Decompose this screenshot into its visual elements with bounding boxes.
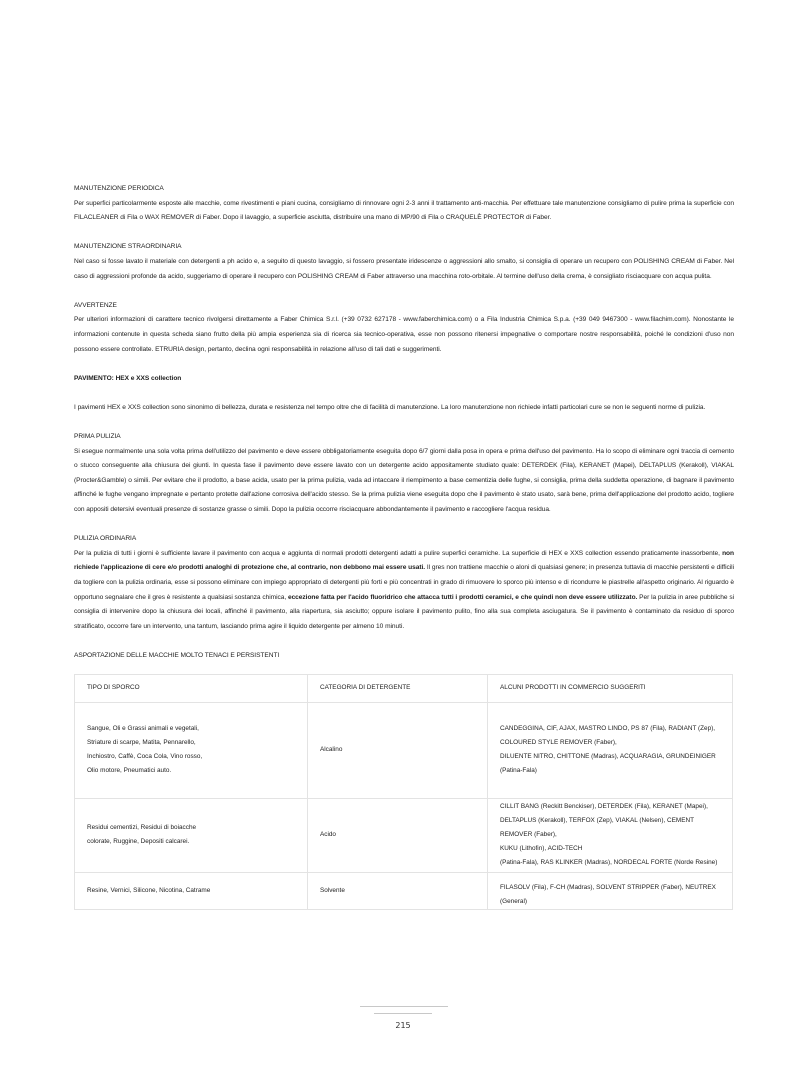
section-heading: AVVERTENZE: [74, 299, 734, 314]
header-prodotti: ALCUNI PRODOTTI IN COMMERCIO SUGGERITI: [488, 674, 733, 702]
section-paragraph: I pavimenti HEX e XXS collection sono si…: [74, 401, 734, 416]
cell-line: Sangue, Oli e Grassi animali e vegetali,: [87, 722, 295, 736]
cell-line: DELTAPLUS (Kerakoll), TERFOX (Zep), VIAK…: [500, 814, 720, 842]
section-avvertenze: AVVERTENZE Per ulteriori informazioni di…: [74, 299, 734, 357]
cell-prodotti: CANDEGGINA, CIF, AJAX, MASTRO LINDO, PS …: [488, 702, 733, 798]
cell-line: Residui cementizi, Residui di boiacche: [87, 821, 295, 835]
cell-categoria: Alcalino: [308, 702, 488, 798]
cell-line: DILUENTE NITRO, CHITTONE (Madras), ACQUA…: [500, 750, 720, 778]
cell-prodotti: FILASOLV (Fila), F-CH (Madras), SOLVENT …: [488, 872, 733, 909]
cell-line: CILLIT BANG (Reckitt Benckiser), DETERDE…: [500, 800, 720, 814]
section-paragraph: Nel caso si fosse lavato il materiale co…: [74, 255, 734, 284]
cell-prodotti: CILLIT BANG (Reckitt Benckiser), DETERDE…: [488, 798, 733, 872]
cell-tipo-di-sporco: Resine, Vernici, Silicone, Nicotina, Cat…: [75, 872, 308, 909]
section-paragraph: Si esegue normalmente una sola volta pri…: [74, 445, 734, 518]
section-manutenzione-straordinaria: MANUTENZIONE STRAORDINARIA Nel caso si f…: [74, 240, 734, 284]
cell-line: KUKU (Lithofin), ACID-TECH: [500, 842, 720, 856]
section-pulizia-ordinaria: PULIZIA ORDINARIA Per la pulizia di tutt…: [74, 532, 734, 634]
cell-line: (Patina-Fala), RAS KLINKER (Madras), NOR…: [500, 856, 720, 870]
section-manutenzione-periodica: MANUTENZIONE PERIODICA Per superfici par…: [74, 182, 734, 226]
cell-line: CANDEGGINA, CIF, AJAX, MASTRO LINDO, PS …: [500, 722, 720, 736]
section-heading: MANUTENZIONE STRAORDINARIA: [74, 240, 734, 255]
header-tipo-di-sporco: TIPO DI SPORCO: [75, 674, 308, 702]
section-pavimento: PAVIMENTO: HEX e XXS collection I pavime…: [74, 372, 734, 416]
table-row: Resine, Vernici, Silicone, Nicotina, Cat…: [75, 872, 733, 909]
cell-categoria: Solvente: [308, 872, 488, 909]
section-asportazione: ASPORTAZIONE DELLE MACCHIE MOLTO TENACI …: [74, 649, 734, 664]
table-header-row: TIPO DI SPORCO CATEGORIA DI DETERGENTE A…: [75, 674, 733, 702]
pavimento-heading: PAVIMENTO: HEX e XXS collection: [74, 372, 734, 387]
cell-line: Resine, Vernici, Silicone, Nicotina, Cat…: [87, 884, 295, 898]
page-number: 215: [380, 1021, 426, 1030]
table-row: Sangue, Oli e Grassi animali e vegetali,…: [75, 702, 733, 798]
bold-text-run: eccezione fatta per l'acido fluoridrico …: [288, 594, 637, 601]
cell-line: COLOURED STYLE REMOVER (Faber),: [500, 736, 720, 750]
footer-divider-short: [374, 1013, 432, 1014]
text-run: Per la pulizia di tutti i giorni è suffi…: [74, 550, 722, 557]
section-heading: MANUTENZIONE PERIODICA: [74, 182, 734, 197]
section-heading: PULIZIA ORDINARIA: [74, 532, 734, 547]
cell-tipo-di-sporco: Sangue, Oli e Grassi animali e vegetali,…: [75, 702, 308, 798]
stain-removal-table: TIPO DI SPORCO CATEGORIA DI DETERGENTE A…: [74, 674, 733, 910]
section-paragraph: Per ulteriori informazioni di carattere …: [74, 313, 734, 357]
cell-categoria: Acido: [308, 798, 488, 872]
cell-line: colorate, Ruggine, Depositi calcarei.: [87, 835, 295, 849]
cell-line: FILASOLV (Fila), F-CH (Madras), SOLVENT …: [500, 881, 720, 909]
section-paragraph: Per la pulizia di tutti i giorni è suffi…: [74, 547, 734, 635]
section-paragraph: Per superfici particolarmente esposte al…: [74, 197, 734, 226]
footer-divider: [360, 1006, 448, 1007]
cell-line: Inchiostro, Caffè, Coca Cola, Vino rosso…: [87, 750, 295, 764]
table-row: Residui cementizi, Residui di boiaccheco…: [75, 798, 733, 872]
document-page: MANUTENZIONE PERIODICA Per superfici par…: [74, 182, 734, 910]
section-heading: PRIMA PULIZIA: [74, 430, 734, 445]
cell-line: Striature di scarpe, Matita, Pennarello,: [87, 736, 295, 750]
header-categoria: CATEGORIA DI DETERGENTE: [308, 674, 488, 702]
cell-tipo-di-sporco: Residui cementizi, Residui di boiaccheco…: [75, 798, 308, 872]
section-heading: ASPORTAZIONE DELLE MACCHIE MOLTO TENACI …: [74, 649, 734, 664]
section-prima-pulizia: PRIMA PULIZIA Si esegue normalmente una …: [74, 430, 734, 518]
cell-line: Olio motore, Pneumatici auto.: [87, 764, 295, 778]
